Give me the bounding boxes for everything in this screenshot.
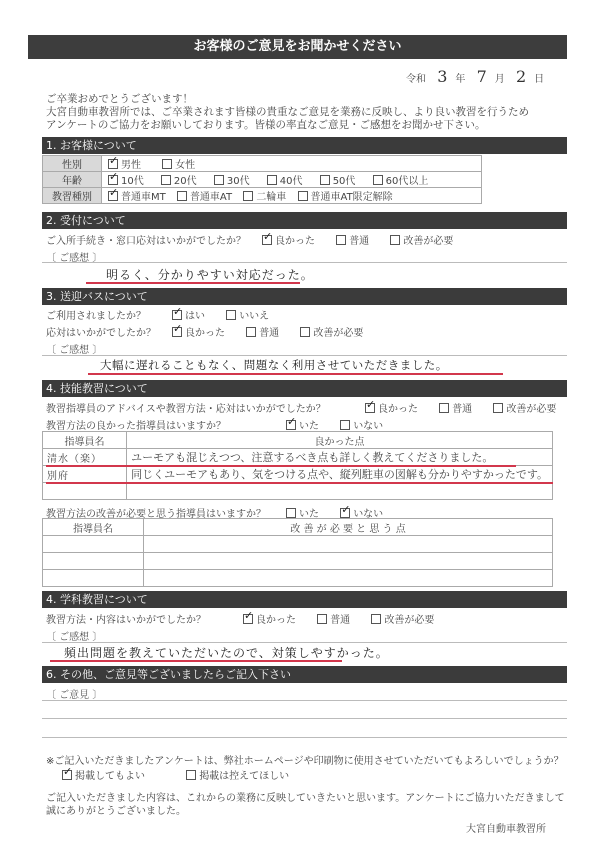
- intro-text: ご卒業おめでとうございます！ 大宮自動車教習所では、ご卒業されます皆様の貴重なご…: [46, 93, 529, 132]
- good-point[interactable]: 同じくユーモアもあり、気をつける点や、縦列駐車の図解も分かりやすかったです。: [127, 466, 553, 483]
- option-label: 20代: [174, 176, 197, 187]
- table-row: [43, 536, 553, 553]
- checkbox-reception-improve[interactable]: 改善が必要: [390, 232, 453, 247]
- option-label: 普通: [330, 615, 350, 626]
- checkbox-icon: [336, 235, 346, 245]
- checkbox-checked-icon: [243, 614, 253, 624]
- checkbox-checked-icon: [172, 327, 182, 337]
- column-header-instructor: 指導員名: [43, 432, 127, 449]
- column-header-good-points: 良かった点: [127, 432, 553, 449]
- classroom-options: 良かった 普通 改善が必要: [243, 611, 452, 626]
- classroom-question: 教習方法・内容はいかがでしたか？: [46, 611, 206, 626]
- checkbox-classroom-good[interactable]: 良かった: [243, 611, 296, 626]
- date-month[interactable]: 7: [477, 67, 487, 86]
- date-year[interactable]: 3: [437, 67, 447, 86]
- option-label: 良かった: [185, 328, 225, 339]
- checkbox-reception-normal[interactable]: 普通: [336, 232, 369, 247]
- table-row: [43, 570, 553, 587]
- checkbox-course-mt[interactable]: 普通車MT: [108, 188, 166, 203]
- checkbox-age-30s[interactable]: 30代: [214, 172, 250, 187]
- option-label: 良かった: [378, 404, 418, 415]
- option-label: 普通車AT: [190, 192, 232, 203]
- comment-line[interactable]: [42, 737, 567, 738]
- checkbox-checked-icon: [108, 175, 118, 185]
- option-label: 改善が必要: [313, 328, 363, 339]
- checkbox-icon: [226, 310, 236, 320]
- section-header-reception: 2. 受付について: [42, 212, 567, 229]
- row-label-age: 年齢: [43, 172, 102, 188]
- checkbox-age-60s-plus[interactable]: 60代以上: [373, 172, 429, 187]
- option-label: 女性: [175, 160, 195, 171]
- checkbox-checked-icon: [365, 403, 375, 413]
- checkbox-instructor-improve[interactable]: 改善が必要: [493, 400, 556, 415]
- option-label: 普通: [349, 236, 369, 247]
- option-label: 50代: [333, 176, 356, 187]
- checkbox-icon: [161, 175, 171, 185]
- checkbox-good-instructor-yes[interactable]: いた: [286, 417, 319, 432]
- checkbox-icon: [439, 403, 449, 413]
- section-header-driving-lessons: 4. 技能教習について: [42, 380, 567, 397]
- checkbox-checked-icon: [262, 235, 272, 245]
- thanks-text: ご記入いただきました内容は、これからの業務に反映していきたいと思います。アンケー…: [46, 792, 565, 818]
- form-title: お客様のご意見をお聞かせください: [28, 35, 567, 59]
- checkbox-good-instructor-no[interactable]: いない: [340, 417, 383, 432]
- checkbox-bus-good[interactable]: 良かった: [172, 324, 225, 339]
- table-row: 清水（楽） ユーモアも混じえつつ、注意するべき点も詳しく教えてくださりました。: [43, 449, 553, 466]
- bus-used-question: ご利用されましたか？: [46, 307, 146, 322]
- checkbox-classroom-improve[interactable]: 改善が必要: [371, 611, 434, 626]
- improve-point[interactable]: [144, 553, 553, 570]
- checkbox-male[interactable]: 男性: [108, 156, 141, 171]
- bus-service-question: 応対はいかがでしたか？: [46, 324, 156, 339]
- option-label: 改善が必要: [506, 404, 556, 415]
- checkbox-icon: [214, 175, 224, 185]
- good-point[interactable]: ユーモアも混じえつつ、注意するべき点も詳しく教えてくださりました。: [127, 449, 553, 466]
- organization-name: 大宮自動車教習所: [466, 820, 546, 835]
- instructor-name[interactable]: 別府: [43, 466, 127, 483]
- checkbox-checked-icon: [62, 770, 72, 780]
- checkbox-age-10s[interactable]: 10代: [108, 172, 144, 187]
- instructor-name[interactable]: [43, 553, 144, 570]
- section-header-shuttle-bus: 3. 送迎バスについて: [42, 288, 567, 305]
- checkbox-checked-icon: [172, 310, 182, 320]
- option-label: 男性: [121, 160, 141, 171]
- good-instructor-options: いた いない: [286, 417, 401, 432]
- checkbox-age-50s[interactable]: 50代: [320, 172, 356, 187]
- option-label: 40代: [280, 176, 303, 187]
- option-label: 二輪車: [256, 192, 286, 203]
- section-header-customer: 1. お客様について: [42, 137, 567, 154]
- intro-line: アンケートのご協力をお願いしております。皆様の率直なご意見・ご感想をお聞かせ下さ…: [46, 119, 529, 132]
- checkbox-icon: [162, 159, 172, 169]
- section-header-other-comments: 6. その他、ご意見等ございましたらご記入下さい: [42, 666, 567, 683]
- reception-question: ご入所手続き・窓口応対はいかがでしたか？: [46, 232, 246, 247]
- underline-mark: [88, 373, 503, 375]
- instructor-advice-question: 教習指導員のアドバイスや教習方法・応対はいかがでしたか？: [46, 400, 326, 415]
- checkbox-icon: [373, 175, 383, 185]
- checkbox-bus-yes[interactable]: はい: [172, 307, 205, 322]
- option-label: 改善が必要: [403, 236, 453, 247]
- checkbox-icon: [243, 191, 253, 201]
- other-comment-label: 〔 ご意見 〕: [46, 686, 102, 701]
- option-label: 普通車AT限定解除: [311, 192, 393, 203]
- checkbox-age-20s[interactable]: 20代: [161, 172, 197, 187]
- instructor-advice-options: 良かった 普通 改善が必要: [365, 400, 574, 415]
- improve-point[interactable]: [144, 536, 553, 553]
- checkbox-checked-icon: [108, 159, 118, 169]
- checkbox-icon: [186, 770, 196, 780]
- bus-service-options: 良かった 普通 改善が必要: [172, 324, 381, 339]
- checkbox-icon: [286, 508, 296, 518]
- reception-options: 良かった 普通 改善が必要: [262, 232, 471, 247]
- intro-line: ご卒業おめでとうございます！: [46, 93, 529, 106]
- improve-point[interactable]: [144, 570, 553, 587]
- checkbox-course-at[interactable]: 普通車AT: [177, 188, 232, 203]
- option-label: いいえ: [239, 311, 269, 322]
- section-header-classroom-lessons: 4. 学科教習について: [42, 591, 567, 608]
- checkbox-checked-icon: [340, 508, 350, 518]
- checkbox-bus-no[interactable]: いいえ: [226, 307, 269, 322]
- checkbox-icon: [317, 614, 327, 624]
- underline-mark: [50, 660, 342, 662]
- underline-mark: [86, 282, 300, 284]
- day-unit: 日: [534, 74, 544, 85]
- option-label: 良かった: [275, 236, 315, 247]
- table-row: 別府 同じくユーモアもあり、気をつける点や、縦列駐車の図解も分かりやすかったです…: [43, 466, 553, 483]
- consent-options: 掲載してもよい 掲載は控えてほしい: [62, 767, 307, 782]
- comment-line[interactable]: [42, 718, 567, 719]
- comment-line[interactable]: [42, 700, 567, 701]
- checkbox-age-40s[interactable]: 40代: [267, 172, 303, 187]
- instructor-name[interactable]: 清水（楽）: [43, 449, 127, 466]
- divider: [42, 355, 567, 356]
- classroom-comment-label: 〔 ご感想 〕: [46, 628, 102, 643]
- date: 令和 3年 7月 2日: [406, 67, 544, 86]
- checkbox-icon: [320, 175, 330, 185]
- checkbox-icon: [298, 191, 308, 201]
- checkbox-consent-allow[interactable]: 掲載してもよい: [62, 767, 145, 782]
- bus-comment-label: 〔 ご感想 〕: [46, 341, 102, 356]
- divider: [42, 642, 567, 643]
- checkbox-consent-decline[interactable]: 掲載は控えてほしい: [186, 767, 289, 782]
- checkbox-instructor-normal[interactable]: 普通: [439, 400, 472, 415]
- option-label: 普通: [452, 404, 472, 415]
- improve-instructor-table: 指導員名 改 善 が 必 要 と 思 う 点: [42, 518, 553, 587]
- checkbox-checked-icon: [286, 420, 296, 430]
- checkbox-icon: [340, 420, 350, 430]
- checkbox-course-motorcycle[interactable]: 二輪車: [243, 188, 286, 203]
- bus-comment[interactable]: 大幅に遅れることもなく、問題なく利用させていただきました。: [100, 357, 448, 373]
- option-label: 30代: [227, 176, 250, 187]
- good-point[interactable]: [127, 483, 553, 500]
- good-instructor-question: 教習方法の良かった指導員はいますか？: [46, 417, 226, 432]
- instructor-name[interactable]: [43, 483, 127, 500]
- instructor-name[interactable]: [43, 536, 144, 553]
- option-label: はい: [185, 311, 205, 322]
- checkbox-icon: [493, 403, 503, 413]
- year-unit: 年: [455, 74, 465, 85]
- date-era: 令和: [406, 74, 426, 85]
- checkbox-classroom-normal[interactable]: 普通: [317, 611, 350, 626]
- consent-question: ※ご記入いただきましたアンケートは、弊社ホームページや印刷物に使用させていただい…: [46, 752, 564, 767]
- row-label-course: 教習種別: [43, 188, 102, 204]
- date-day[interactable]: 2: [516, 67, 526, 86]
- checkbox-icon: [177, 191, 187, 201]
- option-label: 掲載は控えてほしい: [199, 771, 289, 782]
- thanks-line: ご記入いただきました内容は、これからの業務に反映していきたいと思います。アンケー…: [46, 792, 565, 805]
- checkbox-course-at-release[interactable]: 普通車AT限定解除: [298, 188, 393, 203]
- underline-mark: [46, 465, 516, 467]
- option-label: 普通: [259, 328, 279, 339]
- option-label: 改善が必要: [384, 615, 434, 626]
- checkbox-bus-improve[interactable]: 改善が必要: [300, 324, 363, 339]
- column-header-instructor: 指導員名: [43, 519, 144, 536]
- option-label: 普通車MT: [121, 192, 166, 203]
- bus-used-options: はい いいえ: [172, 307, 287, 322]
- option-label: 掲載してもよい: [75, 771, 145, 782]
- thanks-line: 誠にありがとうございました。: [46, 805, 565, 818]
- intro-line: 大宮自動車教習所では、ご卒業されます皆様の貴重なご意見を業務に反映し、より良い教…: [46, 106, 529, 119]
- classroom-comment[interactable]: 頻出問題を教えていただいたので、対策しやすかった。: [64, 644, 389, 661]
- row-label-gender: 性別: [43, 156, 102, 172]
- underline-mark: [46, 482, 553, 484]
- checkbox-icon: [390, 235, 400, 245]
- checkbox-icon: [300, 327, 310, 337]
- checkbox-icon: [267, 175, 277, 185]
- checkbox-instructor-good[interactable]: 良かった: [365, 400, 418, 415]
- reception-comment[interactable]: 明るく、分かりやすい対応だった。: [106, 266, 314, 283]
- checkbox-female[interactable]: 女性: [162, 156, 195, 171]
- option-label: 10代: [121, 176, 144, 187]
- table-row: [43, 553, 553, 570]
- checkbox-icon: [371, 614, 381, 624]
- checkbox-reception-good[interactable]: 良かった: [262, 232, 315, 247]
- month-unit: 月: [495, 74, 505, 85]
- customer-info-table: 性別 男性 女性 年齢 10代 20代 30代 40代 50代 60代以上 教習…: [42, 155, 482, 204]
- checkbox-bus-normal[interactable]: 普通: [246, 324, 279, 339]
- option-label: 60代以上: [386, 176, 429, 187]
- instructor-name[interactable]: [43, 570, 144, 587]
- checkbox-checked-icon: [108, 191, 118, 201]
- table-row: [43, 483, 553, 500]
- option-label: 良かった: [256, 615, 296, 626]
- column-header-improve-points: 改 善 が 必 要 と 思 う 点: [144, 519, 553, 536]
- checkbox-icon: [246, 327, 256, 337]
- divider: [42, 262, 567, 263]
